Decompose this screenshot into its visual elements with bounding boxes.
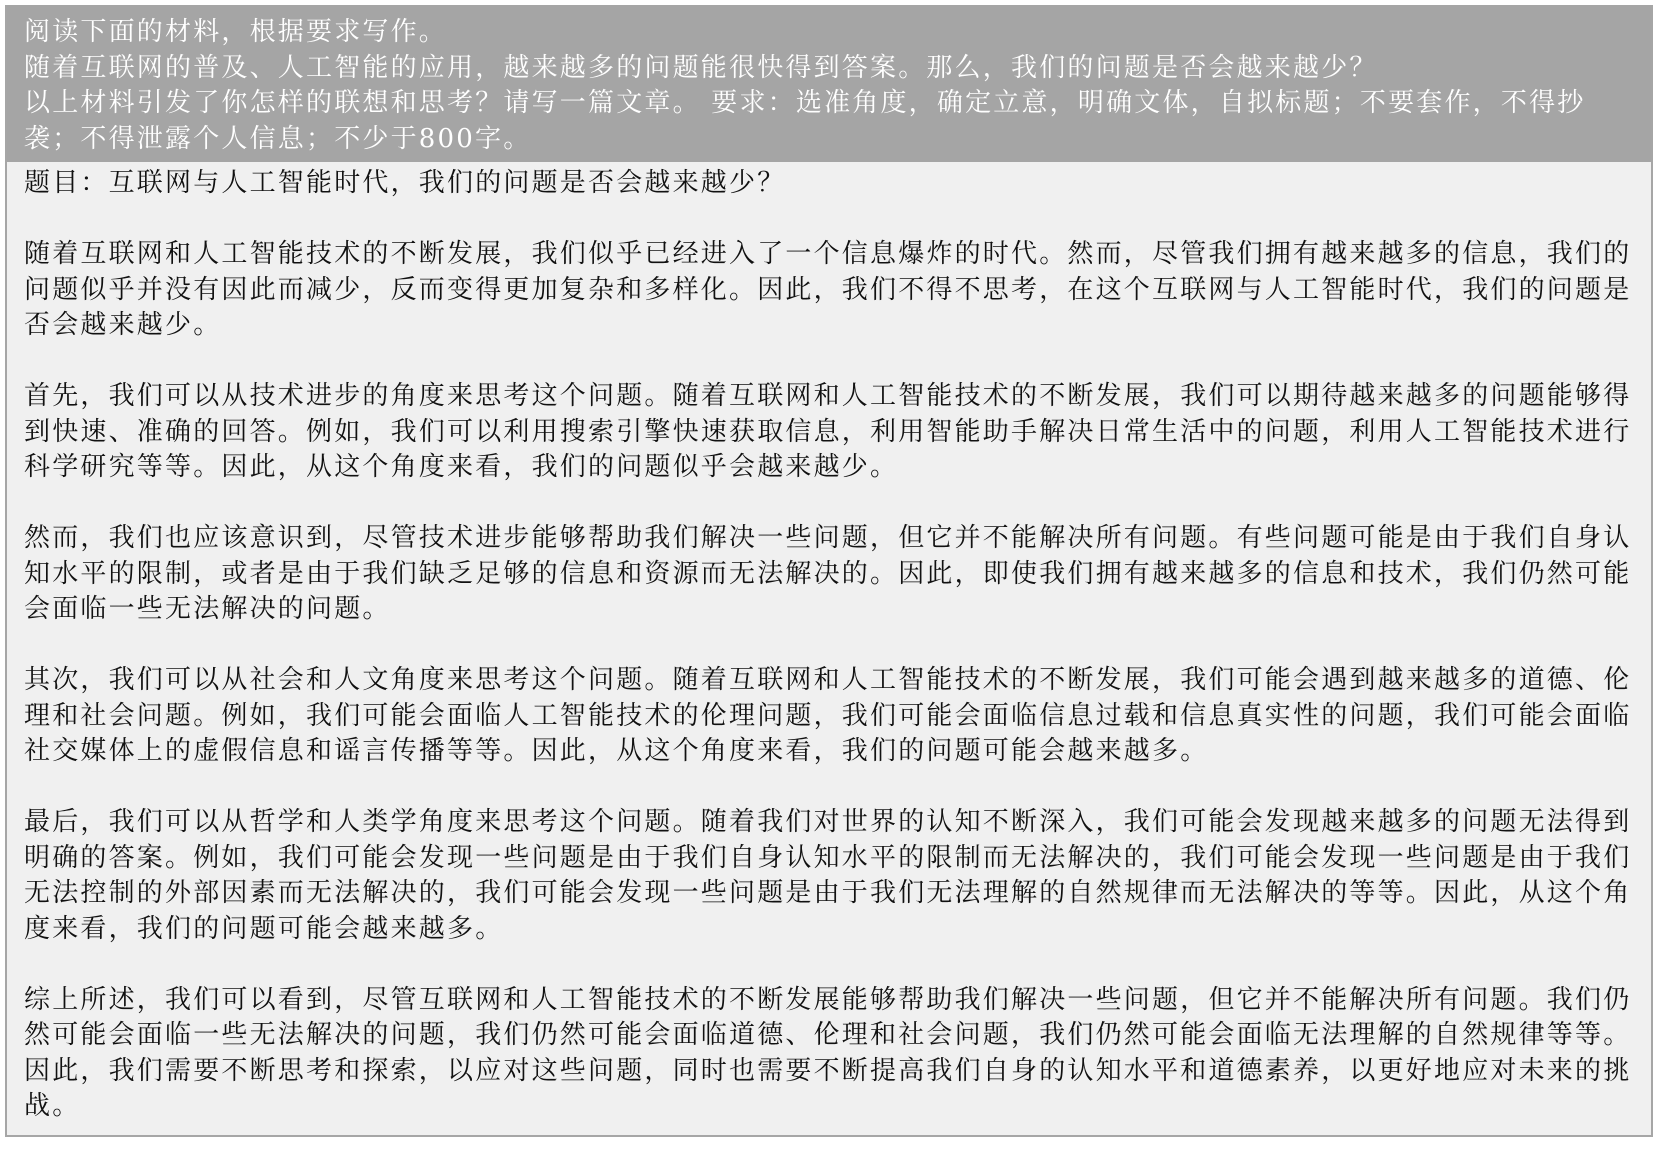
essay-paragraph-technology: 首先，我们可以从技术进步的角度来思考这个问题。随着互联网和人工智能技术的不断发展…: [24, 379, 1637, 486]
prompt-material: 随着互联网的普及、人工智能的应用，越来越多的问题能很快得到答案。那么，我们的问题…: [24, 51, 1637, 87]
essay-paragraph-intro: 随着互联网和人工智能技术的不断发展，我们似乎已经进入了一个信息爆炸的时代。然而，…: [24, 237, 1637, 344]
essay-paragraph-philosophy: 最后，我们可以从哲学和人类学角度来思考这个问题。随着我们对世界的认知不断深入，我…: [24, 805, 1637, 947]
prompt-instruction: 阅读下面的材料，根据要求写作。: [24, 15, 1637, 51]
essay-paragraph-conclusion: 综上所述，我们可以看到，尽管互联网和人工智能技术的不断发展能够帮助我们解决一些问…: [24, 983, 1637, 1125]
essay-title: 题目：互联网与人工智能时代，我们的问题是否会越来越少？: [24, 166, 1637, 202]
essay-paragraph-limits: 然而，我们也应该意识到，尽管技术进步能够帮助我们解决一些问题，但它并不能解决所有…: [24, 521, 1637, 628]
document-panel: 阅读下面的材料，根据要求写作。 随着互联网的普及、人工智能的应用，越来越多的问题…: [5, 5, 1653, 1137]
essay-paragraph-society: 其次，我们可以从社会和人文角度来思考这个问题。随着互联网和人工智能技术的不断发展…: [24, 663, 1637, 770]
writing-prompt: 阅读下面的材料，根据要求写作。 随着互联网的普及、人工智能的应用，越来越多的问题…: [7, 5, 1651, 162]
prompt-requirements: 以上材料引发了你怎样的联想和思考？请写一篇文章。 要求：选准角度，确定立意，明确…: [24, 86, 1637, 157]
essay-body: 题目：互联网与人工智能时代，我们的问题是否会越来越少？ 随着互联网和人工智能技术…: [7, 162, 1651, 1125]
